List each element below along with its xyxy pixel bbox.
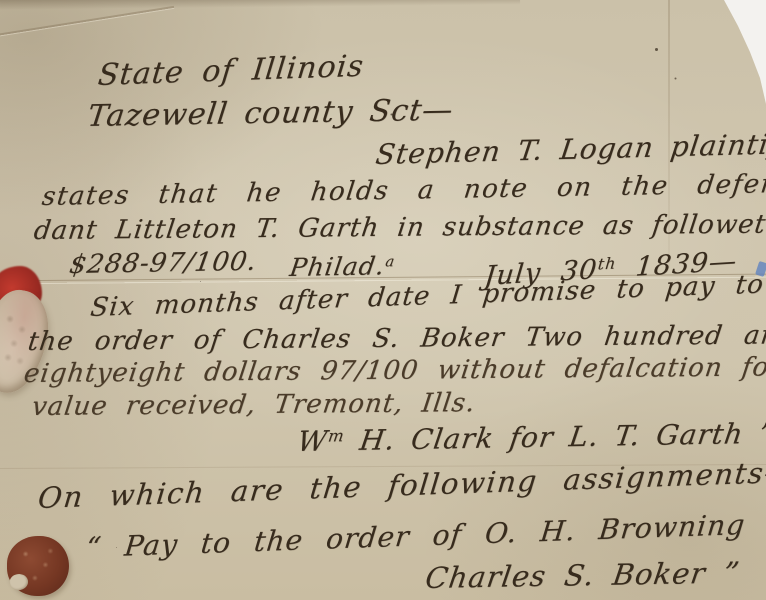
line-body-1: states that he holds a note on the defen… bbox=[40, 169, 766, 212]
ink-specks bbox=[655, 48, 658, 51]
signature-rest: H. Clark for L. T. Garth ” bbox=[342, 417, 766, 457]
fold-crease-top-left bbox=[0, 6, 174, 36]
line-assignment-2: Charles S. Boker ” bbox=[423, 556, 742, 595]
line-signature: Wm H. Clark for L. T. Garth ” bbox=[295, 417, 766, 458]
line-assignments-heading: On which are the following assignments— bbox=[36, 455, 766, 515]
place-text: Philad. bbox=[288, 251, 387, 282]
line-amount: $288-97/100. bbox=[67, 247, 259, 280]
line-assignment-1: “ Pay to the order of O. H. Browning Esq bbox=[85, 505, 766, 564]
line-note-4: value received, Tremont, Ills. bbox=[30, 388, 477, 422]
manuscript-photo: State of Illinois Tazewell county Sct— S… bbox=[0, 0, 766, 600]
aged-paper-sheet: State of Illinois Tazewell county Sct— S… bbox=[0, 0, 766, 600]
line-county-sct: Tazewell county Sct— bbox=[86, 93, 456, 134]
line-place-philadelphia: Philad.a bbox=[288, 251, 397, 282]
signature-initial: W bbox=[295, 424, 330, 458]
place-superscript: a bbox=[384, 254, 396, 270]
line-state-of-illinois: State of Illinois bbox=[96, 49, 365, 93]
line-body-2: dant Littleton T. Garth in substance as … bbox=[32, 209, 766, 246]
paper-top-edge-shadow bbox=[0, 0, 520, 10]
line-note-2: the order of Charles S. Boker Two hundre… bbox=[26, 320, 766, 357]
line-note-3: eightyeight dollars 97/100 without defal… bbox=[22, 352, 766, 389]
line-plaintiff: Stephen T. Logan plaintiff bbox=[374, 127, 766, 171]
